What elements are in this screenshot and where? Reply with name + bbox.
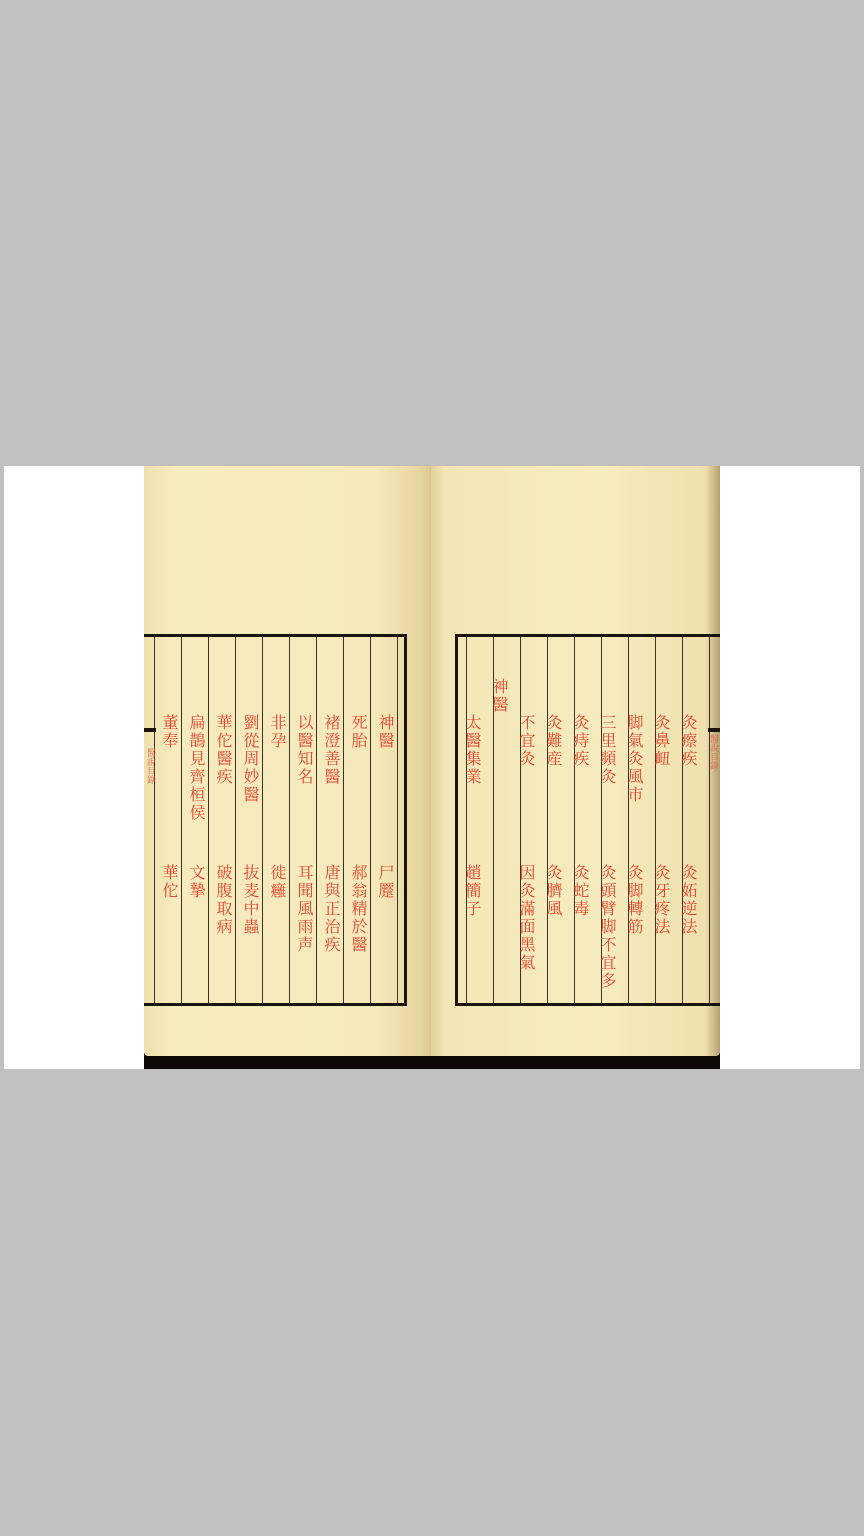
fold-mark	[708, 728, 720, 732]
toc-entry: 以醫知名	[295, 714, 313, 786]
toc-entry: 不宜灸	[517, 714, 535, 768]
toc-entry: 灸痔疾	[571, 714, 589, 768]
toc-entry: 華佗	[160, 864, 178, 900]
toc-entry: 灸鼻衄	[652, 714, 670, 768]
right-side-label: 醫說目錄	[708, 734, 718, 770]
section-heading: 神醫	[490, 678, 508, 714]
toc-entry: 褚澄善醫	[322, 714, 340, 786]
toc-entry: 董奉	[160, 714, 178, 750]
toc-entry: 抜麦中蟲	[241, 864, 259, 936]
toc-entry: 扁鵲見齊桓侯	[187, 714, 205, 822]
book-scan-image: 醫說目錄 神醫 尸蹷 死胎 郝翁精於醫 褚澄善醫 唐與正治疾 以醫知名 耳聞風雨…	[144, 466, 720, 1069]
toc-entry: 趙簡子	[463, 864, 481, 918]
left-page: 醫說目錄 神醫 尸蹷 死胎 郝翁精於醫 褚澄善醫 唐與正治疾 以醫知名 耳聞風雨…	[144, 466, 431, 1056]
toc-entry: 徙癰	[268, 864, 286, 900]
toc-entry: 破腹取病	[214, 864, 232, 936]
toc-entry: 尸蹷	[376, 864, 394, 900]
toc-entry: 三里頻灸	[598, 714, 616, 786]
toc-entry: 灸臍風	[544, 864, 562, 918]
toc-entry: 死胎	[349, 714, 367, 750]
toc-entry: 劉從周妙醫	[241, 714, 259, 804]
fold-mark	[144, 728, 156, 732]
toc-entry: 灸牙疼法	[652, 864, 670, 936]
left-side-label: 醫說目錄	[145, 748, 155, 784]
right-page: 醫說目錄 灸瘵疾 灸妬逆法 灸鼻衄 灸牙疼法 脚氣灸風市 灸脚轉筋 三里頻灸 灸…	[431, 466, 720, 1056]
document-viewer-panel: 醫說目錄 神醫 尸蹷 死胎 郝翁精於醫 褚澄善醫 唐與正治疾 以醫知名 耳聞風雨…	[4, 466, 860, 1069]
toc-entry: 文摯	[187, 864, 205, 900]
toc-entry: 灸頭臂脚不宜多	[598, 864, 616, 990]
toc-entry: 華佗醫疾	[214, 714, 232, 786]
toc-entry: 神醫	[376, 714, 394, 750]
toc-entry: 太醫集業	[463, 714, 481, 786]
toc-entry: 非孕	[268, 714, 286, 750]
toc-entry: 耳聞風雨声	[295, 864, 313, 954]
toc-entry: 灸難産	[544, 714, 562, 768]
toc-entry: 灸瘵疾	[679, 714, 697, 768]
toc-entry: 唐與正治疾	[322, 864, 340, 954]
toc-entry: 因灸滿面黑氣	[517, 864, 535, 972]
toc-entry: 脚氣灸風市	[625, 714, 643, 804]
toc-entry: 灸脚轉筋	[625, 864, 643, 936]
toc-entry: 灸蛇毒	[571, 864, 589, 918]
toc-entry: 郝翁精於醫	[349, 864, 367, 954]
toc-entry: 灸妬逆法	[679, 864, 697, 936]
